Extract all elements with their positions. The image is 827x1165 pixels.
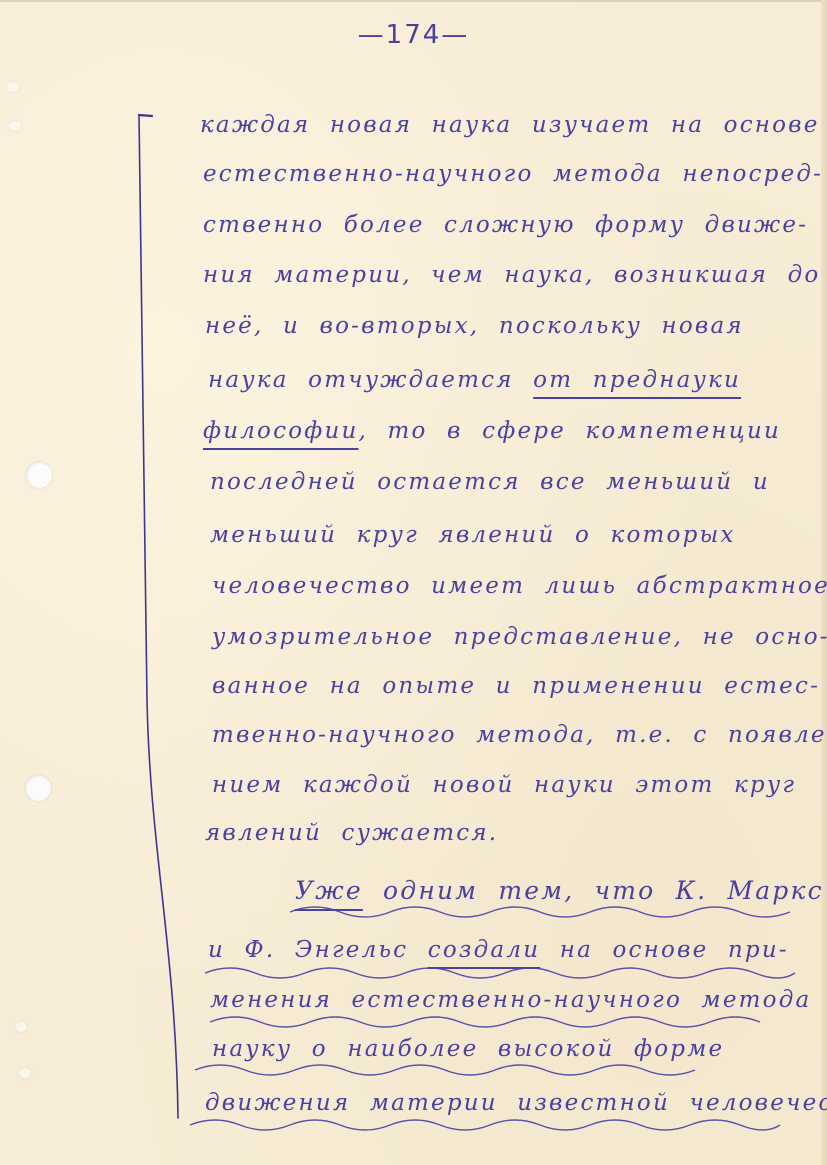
manuscript-line-10: человечество имеет лишь абстрактное [212, 573, 812, 599]
underlined-phrase: философии [203, 418, 358, 444]
line-text: наука отчуждается [208, 367, 533, 393]
manuscript-line-18: менения естественно-научного метода [210, 987, 810, 1013]
underlined-phrase: создали [428, 937, 540, 963]
manuscript-line-9: меньший круг явлений о которых [210, 522, 810, 548]
wavy-underline-line18 [210, 1017, 760, 1027]
wavy-underline-line16 [290, 907, 790, 917]
manuscript-line-5: неё, и во-вторых, поскольку новая [205, 313, 805, 339]
manuscript-line-11: умозрительное представление, не осно- [212, 624, 812, 650]
manuscript-line-14: нием каждой новой науки этот круг [212, 772, 812, 798]
manuscript-line-2: естественно-научного метода непосред- [203, 161, 803, 187]
staple-mark [19, 1068, 31, 1078]
underlined-phrase: от преднауки [533, 367, 741, 393]
punch-hole-lower [25, 775, 51, 801]
line-text: на основе при- [540, 937, 789, 963]
wavy-underline-line17 [205, 968, 795, 978]
page-number: —174— [0, 20, 827, 50]
manuscript-line-13: твенно-научного метода, т.е. с появле- [212, 722, 812, 748]
manuscript-line-19: науку о наиболее высокой форме [212, 1036, 812, 1062]
manuscript-line-12: ванное на опыте и применении естес- [212, 673, 812, 699]
manuscript-line-6: наука отчуждается от преднауки [208, 367, 808, 393]
line-text: , то в сфере компетенции [358, 418, 781, 444]
wavy-underline-line19 [195, 1065, 695, 1075]
line-text: и Ф. Энгельс [208, 937, 428, 963]
staple-mark [9, 121, 21, 131]
page-top-edge [0, 0, 827, 2]
wavy-underline-line20 [190, 1120, 780, 1130]
staple-mark [15, 1022, 27, 1032]
margin-bracket [139, 115, 178, 1118]
manuscript-line-4: ния материи, чем наука, возникшая до [203, 262, 803, 288]
punch-hole-upper [26, 462, 52, 488]
manuscript-line-3: ственно более сложную форму движе- [203, 212, 803, 238]
manuscript-line-7: философии, то в сфере компетенции [203, 418, 803, 444]
manuscript-line-20: движения материи известной человечес- [205, 1090, 805, 1116]
underlined-phrase: Уже [295, 876, 363, 905]
staple-mark [7, 82, 19, 92]
manuscript-line-16: Уже одним тем, что К. Маркс [295, 876, 827, 905]
manuscript-line-17: и Ф. Энгельс создали на основе при- [208, 937, 808, 963]
manuscript-line-1: каждая новая наука изучает на основе [200, 112, 800, 138]
line-text: одним тем, что К. Маркс [363, 876, 824, 905]
manuscript-line-8: последней остается все меньший и [210, 469, 810, 495]
manuscript-line-15: явлений сужается. [205, 820, 805, 846]
